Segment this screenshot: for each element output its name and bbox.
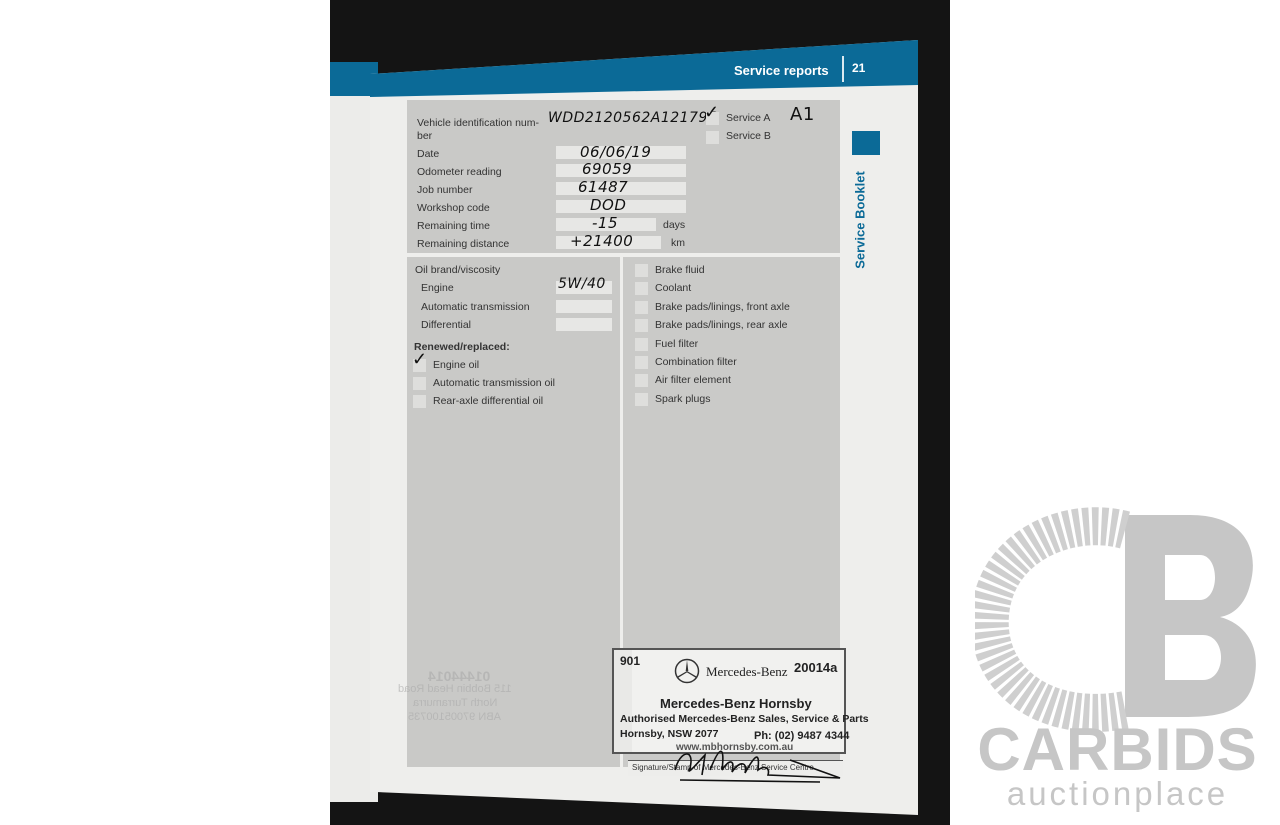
vin-label: Vehicle identification num- <box>417 117 539 129</box>
booklet-photo: Service reports 21 Service Booklet Vehic… <box>330 0 950 825</box>
oil-engine-value: 5W/40 <box>558 276 606 292</box>
job-value: 61487 <box>578 178 628 196</box>
ghost-stamp-line: North Turramurra <box>413 697 497 709</box>
workshop-value: DOD <box>590 196 626 214</box>
stamp-code-left: 901 <box>620 654 640 668</box>
remaining-distance-value: +21400 <box>570 232 633 250</box>
checkmark-icon: ✓ <box>704 103 719 121</box>
days-unit: days <box>663 219 685 231</box>
date-label: Date <box>417 148 439 160</box>
odometer-value: 69059 <box>582 160 632 178</box>
signature-scribble <box>670 740 850 785</box>
remaining-time-label: Remaining time <box>417 220 490 232</box>
checklist-label: Brake pads/linings, front axle <box>655 301 790 313</box>
rear-axle-oil-checkbox[interactable] <box>413 395 426 408</box>
checklist-checkbox[interactable] <box>635 264 648 277</box>
checkmark-icon: ✓ <box>412 350 427 368</box>
checklist-checkbox[interactable] <box>635 301 648 314</box>
km-unit: km <box>671 237 685 249</box>
checklist-label: Combination filter <box>655 356 737 368</box>
service-a-label: Service A <box>726 112 770 124</box>
vin-label-cont: ber <box>417 130 432 142</box>
side-tab: Service Booklet <box>848 160 872 280</box>
handwritten-note: A1 <box>790 104 815 125</box>
mercedes-star-icon <box>674 658 700 684</box>
auto-trans-oil-checkbox[interactable] <box>413 377 426 390</box>
service-b-checkbox[interactable] <box>706 131 719 144</box>
oil-auto-trans-field <box>556 300 612 313</box>
oil-differential-label: Differential <box>421 319 471 331</box>
job-label: Job number <box>417 184 472 196</box>
ghost-stamp-number: 01444014 <box>428 668 490 684</box>
checklist-checkbox[interactable] <box>635 374 648 387</box>
stamp-code-right: 20014a <box>794 660 837 675</box>
checklist-label: Spark plugs <box>655 393 710 405</box>
oil-differential-field <box>556 318 612 331</box>
checklist-label: Brake pads/linings, rear axle <box>655 319 788 331</box>
section-title: Service reports <box>734 63 829 78</box>
page-number: 21 <box>852 61 865 75</box>
engine-oil-label: Engine oil <box>433 359 479 371</box>
oil-engine-label: Engine <box>421 282 454 294</box>
watermark-tagline: auctionplace <box>975 775 1260 813</box>
checklist-label: Air filter element <box>655 374 731 386</box>
checklist-checkbox[interactable] <box>635 319 648 332</box>
checklist-checkbox[interactable] <box>635 356 648 369</box>
checklist-label: Brake fluid <box>655 264 705 276</box>
ghost-stamp-line: 115 Bobbin Head Road <box>398 683 512 695</box>
stamp-dealer: Mercedes-Benz Hornsby <box>660 696 812 711</box>
oil-heading: Oil brand/viscosity <box>415 264 500 276</box>
ghost-stamp-line: ABN 97005100735 <box>408 711 501 723</box>
workshop-label: Workshop code <box>417 202 490 214</box>
checklist-label: Coolant <box>655 282 691 294</box>
stamp-brand: Mercedes-Benz <box>706 664 788 680</box>
date-value: 06/06/19 <box>580 143 651 161</box>
header-divider <box>842 56 844 82</box>
remaining-distance-label: Remaining distance <box>417 238 509 250</box>
service-b-label: Service B <box>726 130 771 142</box>
stamp-line1: Authorised Mercedes-Benz Sales, Service … <box>620 713 869 725</box>
checklist-label: Fuel filter <box>655 338 698 350</box>
renewed-heading: Renewed/replaced: <box>414 341 510 353</box>
checklist-checkbox[interactable] <box>635 282 648 295</box>
vin-value: WDD2120562A121796 <box>548 110 717 126</box>
stamp-address: Hornsby, NSW 2077 <box>620 728 718 740</box>
side-tab-marker <box>852 131 880 155</box>
remaining-time-value: -15 <box>592 214 618 232</box>
checklist-checkbox[interactable] <box>635 393 648 406</box>
auto-trans-oil-label: Automatic transmission oil <box>433 377 555 389</box>
dealer-stamp: 901 Mercedes-Benz 20014a Mercedes-Benz H… <box>612 648 846 754</box>
rear-axle-oil-label: Rear-axle differential oil <box>433 395 543 407</box>
oil-auto-trans-label: Automatic transmission <box>421 301 530 313</box>
watermark-brand: CARBIDS <box>975 715 1260 784</box>
odometer-label: Odometer reading <box>417 166 502 178</box>
checklist-checkbox[interactable] <box>635 338 648 351</box>
